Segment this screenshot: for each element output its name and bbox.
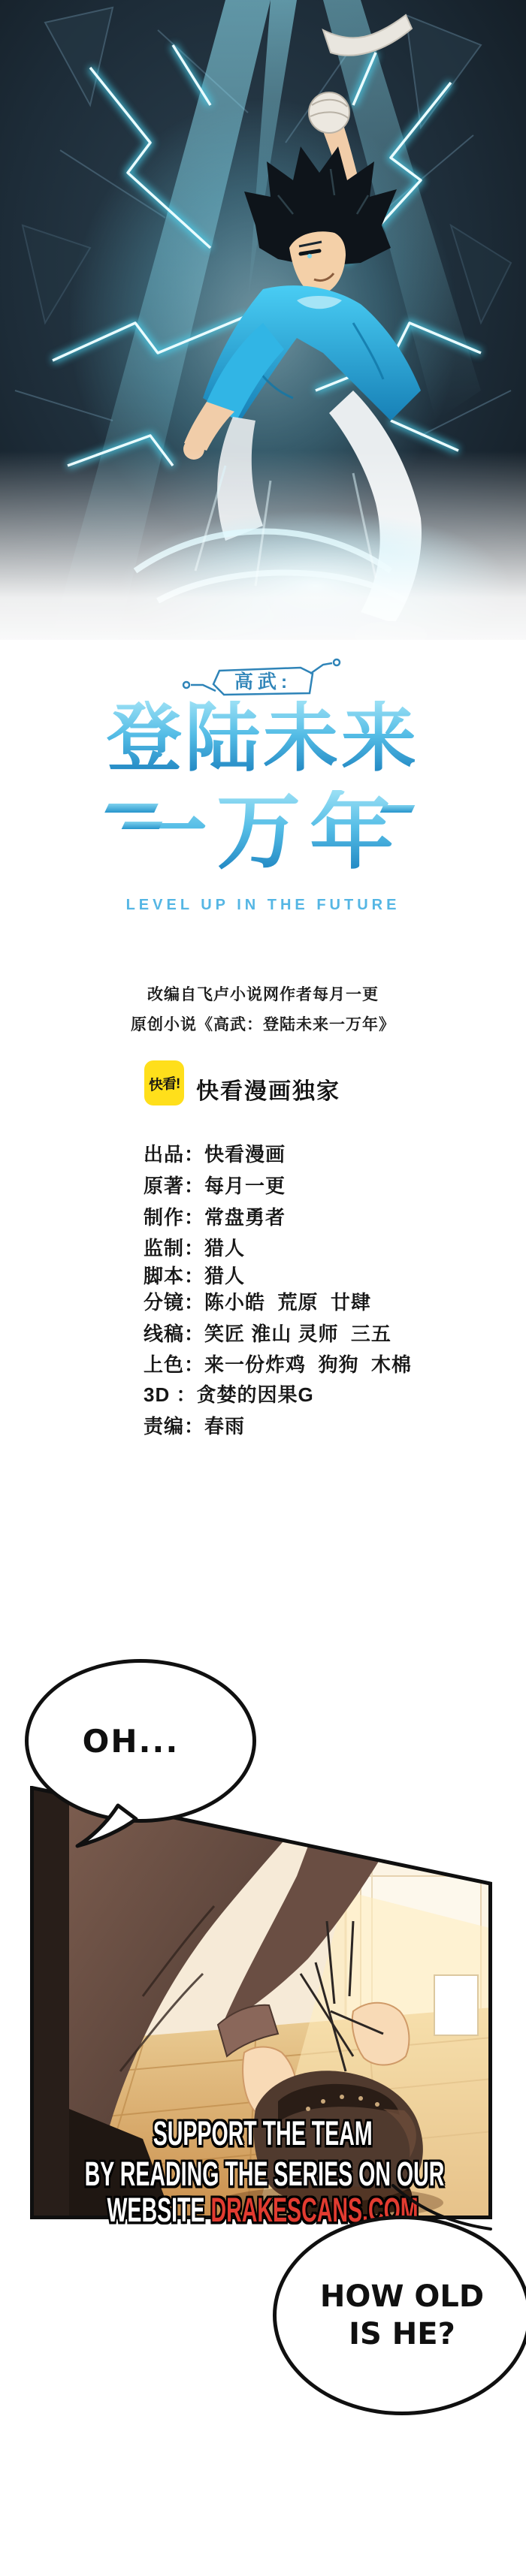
speech-text-howold-line2: IS HE?	[320, 2315, 484, 2353]
adaptation-line2: 原创小说《高武：登陆未来一万年》	[0, 1012, 526, 1035]
support-website-label: WEBSITE	[107, 2191, 211, 2229]
speech-bubble-oh: OH...	[25, 1659, 256, 1823]
credit-row: 出品：快看漫画	[144, 1139, 286, 1167]
title-main-line2: 一万年	[0, 790, 526, 874]
title-deco-dash	[122, 822, 163, 829]
credit-row: 制作：常盘勇者	[144, 1202, 286, 1230]
credit-row: 原著：每月一更	[144, 1171, 286, 1199]
support-line1: SUPPORT THE TEAM	[0, 2118, 526, 2149]
credit-row: 线稿：笑匠 淮山 灵师 三五	[144, 1319, 391, 1347]
speech-bubble-oh-tail	[64, 1801, 147, 1854]
white-fade	[0, 451, 526, 661]
kuaikan-logo-text: 快看!	[149, 1072, 180, 1094]
speech-bubble-howold: HOW OLD IS HE?	[273, 2216, 526, 2415]
title-badge: 高武:	[180, 657, 346, 698]
kuaikan-logo: 快看!	[144, 1060, 184, 1106]
credit-row: 脚本：猎人	[144, 1261, 245, 1289]
badge-text: 高武:	[234, 671, 292, 692]
webtoon-page: 高武: 登陆未来 一万年 LEVEL UP IN THE FUTURE 改编自飞…	[0, 0, 526, 2576]
publisher-label: 快看漫画独家	[196, 1072, 340, 1106]
title-deco-dash	[104, 804, 159, 813]
switch-box	[434, 1975, 478, 2035]
adaptation-line1: 改编自飞卢小说网作者每月一更	[0, 982, 526, 1005]
credit-row: 责编：春雨	[144, 1411, 245, 1439]
title-subtitle: LEVEL UP IN THE FUTURE	[0, 897, 526, 914]
credit-row: 上色：来一份炸鸡 狗狗 木棉	[144, 1350, 412, 1377]
title-deco-dash	[380, 805, 416, 813]
speech-text-oh: OH...	[83, 1723, 180, 1760]
credit-row: 3D ：贪婪的因果G	[144, 1380, 314, 1407]
credit-row: 分镜：陈小皓 荒原 廿肆	[144, 1287, 371, 1315]
cover-art	[0, 0, 526, 661]
credit-row: 监制：猎人	[144, 1233, 245, 1261]
speech-text-howold-line1: HOW OLD	[320, 2278, 484, 2315]
title-main-line1: 登陆未来	[0, 701, 526, 776]
